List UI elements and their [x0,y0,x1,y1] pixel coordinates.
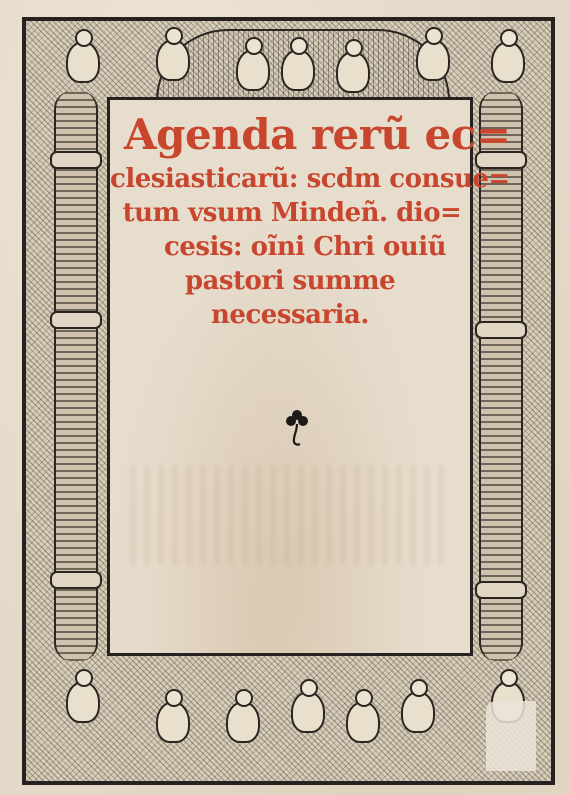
title-line-3: tum vsum Mindeñ. dio= [110,200,470,226]
haloed-figure-top [281,49,315,91]
title-line-1: Agenda rerũ ec= [110,114,470,156]
angel-figure-top [416,39,450,81]
show-through-ink [130,465,450,565]
putto-figure-bottom [156,701,190,743]
putto-figure-bottom [226,701,260,743]
angel-figure-top [156,39,190,81]
title-line-5: pastori summe [110,268,470,294]
column-ring [475,581,527,599]
putto-figure-top-right [491,41,525,83]
angel-figure-top [336,51,370,93]
putto-figure-bottom [401,691,435,733]
title-text-block: Agenda rerũ ec= clesiasticarũ: scdm cons… [110,114,470,328]
putto-figure-bottom [291,691,325,733]
title-panel: Agenda rerũ ec= clesiasticarũ: scdm cons… [107,97,473,656]
column-ring [50,571,102,589]
putto-figure-top-left [66,41,100,83]
title-line-2: clesiasticarũ: scdm consue= [110,166,470,192]
putto-figure-bottom [66,681,100,723]
column-ring [50,311,102,329]
title-line-4: cesis: oĩni Chri ouiũ [110,234,470,260]
title-line-6: necessaria. [110,302,470,328]
left-ornamental-column [54,91,98,661]
column-ring [475,321,527,339]
clover-leaf-fleuron-icon [285,408,309,448]
angel-figure-top [236,49,270,91]
paper-damage-corner [486,701,536,771]
putto-figure-bottom [346,701,380,743]
column-ring [50,151,102,169]
